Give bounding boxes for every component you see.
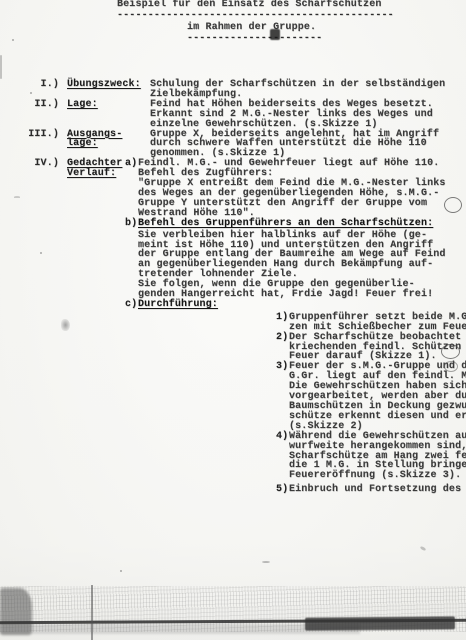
subitem-heading: Befehl des Gruppenführers an den Scharfs… (138, 219, 466, 229)
numbered-item-content: Einbruch und Fortsetzung des Angriffs. (289, 485, 466, 495)
numbered-item: 5)Einbruch und Fortsetzung des Angriffs. (138, 485, 466, 495)
numbered-item-content: Während die Gewehrschützen auf Handgrana… (289, 432, 466, 482)
numbered-item-marker: 1) (276, 313, 288, 323)
subitem-row: c)Durchführung:1)Gruppenführer setzt bei… (0, 300, 466, 495)
subtitle-dash-rule: ---------------------- (187, 34, 322, 44)
section-label: Übungszweck: (67, 80, 141, 90)
document-subtitle: im Rahmen der Gruppe. (187, 23, 316, 33)
numbered-list: 1)Gruppenführer setzt beide M.G. und den… (138, 313, 466, 495)
document-title: Beispiel für den Einsatz des Scharfschüt… (117, 0, 382, 10)
numbered-item: 4)Während die Gewehrschützen auf Handgra… (138, 432, 466, 482)
subitem-content: Feindl. M.G.- und Gewehrfeuer liegt auf … (138, 159, 466, 218)
section-row: I.)Übungszweck:Schulung der Scharfschütz… (0, 80, 466, 100)
section-numeral: II.) (0, 100, 59, 110)
numbered-item-marker: 2) (276, 333, 288, 343)
subitem-heading: Durchführung: (138, 300, 466, 310)
subitem-marker: a) (125, 159, 137, 169)
numbered-item-lines: Gruppenführer setzt beide M.G. und den S… (289, 313, 466, 333)
section-label: Ausgangs- lage: (67, 130, 122, 150)
subitem-marker: c) (125, 300, 137, 310)
numbered-item-lines: Einbruch und Fortsetzung des Angriffs. (289, 485, 466, 495)
numbered-item-marker: 5) (276, 485, 288, 495)
section-row: II.)Lage:Feind hat Höhen beiderseits des… (0, 100, 466, 130)
section-label: Lage: (67, 100, 98, 110)
section-text: Gruppe X, beiderseits angelehnt, hat im … (150, 130, 466, 160)
numbered-item: 2)Der Scharfschütze beobachtet einen nac… (138, 333, 466, 363)
subitem-marker: b) (125, 219, 137, 229)
numbered-item-content: Der Scharfschütze beobachtet einen nach … (289, 333, 466, 363)
section-numeral: I.) (0, 80, 59, 90)
numbered-item-content: Gruppenführer setzt beide M.G. und den S… (289, 313, 466, 333)
section-numeral: III.) (0, 130, 59, 140)
subitem-row: a)Feindl. M.G.- und Gewehrfeuer liegt au… (0, 159, 466, 218)
numbered-item-lines: Während die Gewehrschützen auf Handgrana… (289, 432, 466, 482)
subitem-text: Feindl. M.G.- und Gewehrfeuer liegt auf … (138, 159, 466, 218)
section-content: Gruppe X, beiderseits angelehnt, hat im … (150, 130, 466, 160)
section-content: Schulung der Scharfschützen in der selbs… (150, 80, 466, 100)
subitem-lines: Sie verbleiben hier halblinks auf der Hö… (138, 231, 466, 300)
numbered-item-lines: Feuer der s.M.G.-Gruppe und der le.M.G. … (289, 362, 466, 431)
section-row: III.)Ausgangs- lage:Gruppe X, beiderseit… (0, 130, 466, 160)
section-row: IV.)Gedachter Verlauf:a)Feindl. M.G.- un… (0, 159, 466, 495)
numbered-item-content: Feuer der s.M.G.-Gruppe und der le.M.G. … (289, 362, 466, 431)
numbered-item-marker: 3) (276, 362, 288, 372)
subitem-text: Sie verbleiben hier halblinks auf der Hö… (138, 231, 466, 300)
numbered-item: 3)Feuer der s.M.G.-Gruppe und der le.M.G… (138, 362, 466, 431)
section-content: Feind hat Höhen beiderseits des Weges be… (150, 100, 466, 130)
section-content: a)Feindl. M.G.- und Gewehrfeuer liegt au… (0, 159, 466, 495)
numbered-item: 1)Gruppenführer setzt beide M.G. und den… (138, 313, 466, 333)
numbered-item-lines: Der Scharfschütze beobachtet einen nach … (289, 333, 466, 363)
subitem-row: b)Befehl des Gruppenführers an den Schar… (0, 219, 466, 300)
section-text: Feind hat Höhen beiderseits des Weges be… (150, 100, 466, 130)
title-dash-rule: ----------------------------------------… (117, 11, 394, 21)
document-body: I.)Übungszweck:Schulung der Scharfschütz… (0, 80, 466, 495)
section-text: Schulung der Scharfschützen in der selbs… (150, 80, 466, 100)
numbered-item-marker: 4) (276, 432, 288, 442)
subitem-content: Befehl des Gruppenführers an den Scharfs… (138, 219, 466, 300)
subitem-content: Durchführung:1)Gruppenführer setzt beide… (138, 300, 466, 495)
subitem-lines: Feindl. M.G.- und Gewehrfeuer liegt auf … (138, 159, 466, 218)
